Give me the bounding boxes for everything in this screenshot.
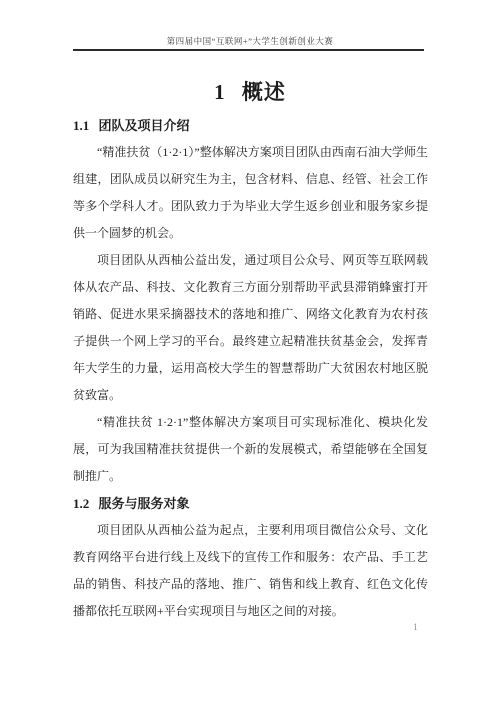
paragraph: “精准扶贫（1·2·1）”整体解决方案项目团队由西南石油大学师生组建，团队成员以… [73,139,428,247]
document-body: 1.1 团队及项目介绍 “精准扶贫（1·2·1）”整体解决方案项目团队由西南石油… [73,112,428,625]
document-page: 第四届中国“互联网+”大学生创新创业大赛 1 概述 1.1 团队及项目介绍 “精… [0,0,500,707]
paragraph: “精准扶贫 1·2·1”整体解决方案项目可实现标准化、模块化发展，可为我国精准扶… [73,409,428,490]
section-heading-1-1: 1.1 团队及项目介绍 [73,112,428,139]
paragraph: 项目团队从西柚公益为起点，主要利用项目微信公众号、文化教育网络平台进行线上及线下… [73,517,428,625]
section-heading-1-2: 1.2 服务与服务对象 [73,490,428,517]
chapter-title: 1 概述 [0,76,500,106]
header-rule [73,49,424,51]
page-number: 1 [413,621,418,633]
running-header: 第四届中国“互联网+”大学生创新创业大赛 [73,36,427,46]
paragraph: 项目团队从西柚公益出发，通过项目公众号、网页等互联网载体从农产品、科技、文化教育… [73,247,428,409]
